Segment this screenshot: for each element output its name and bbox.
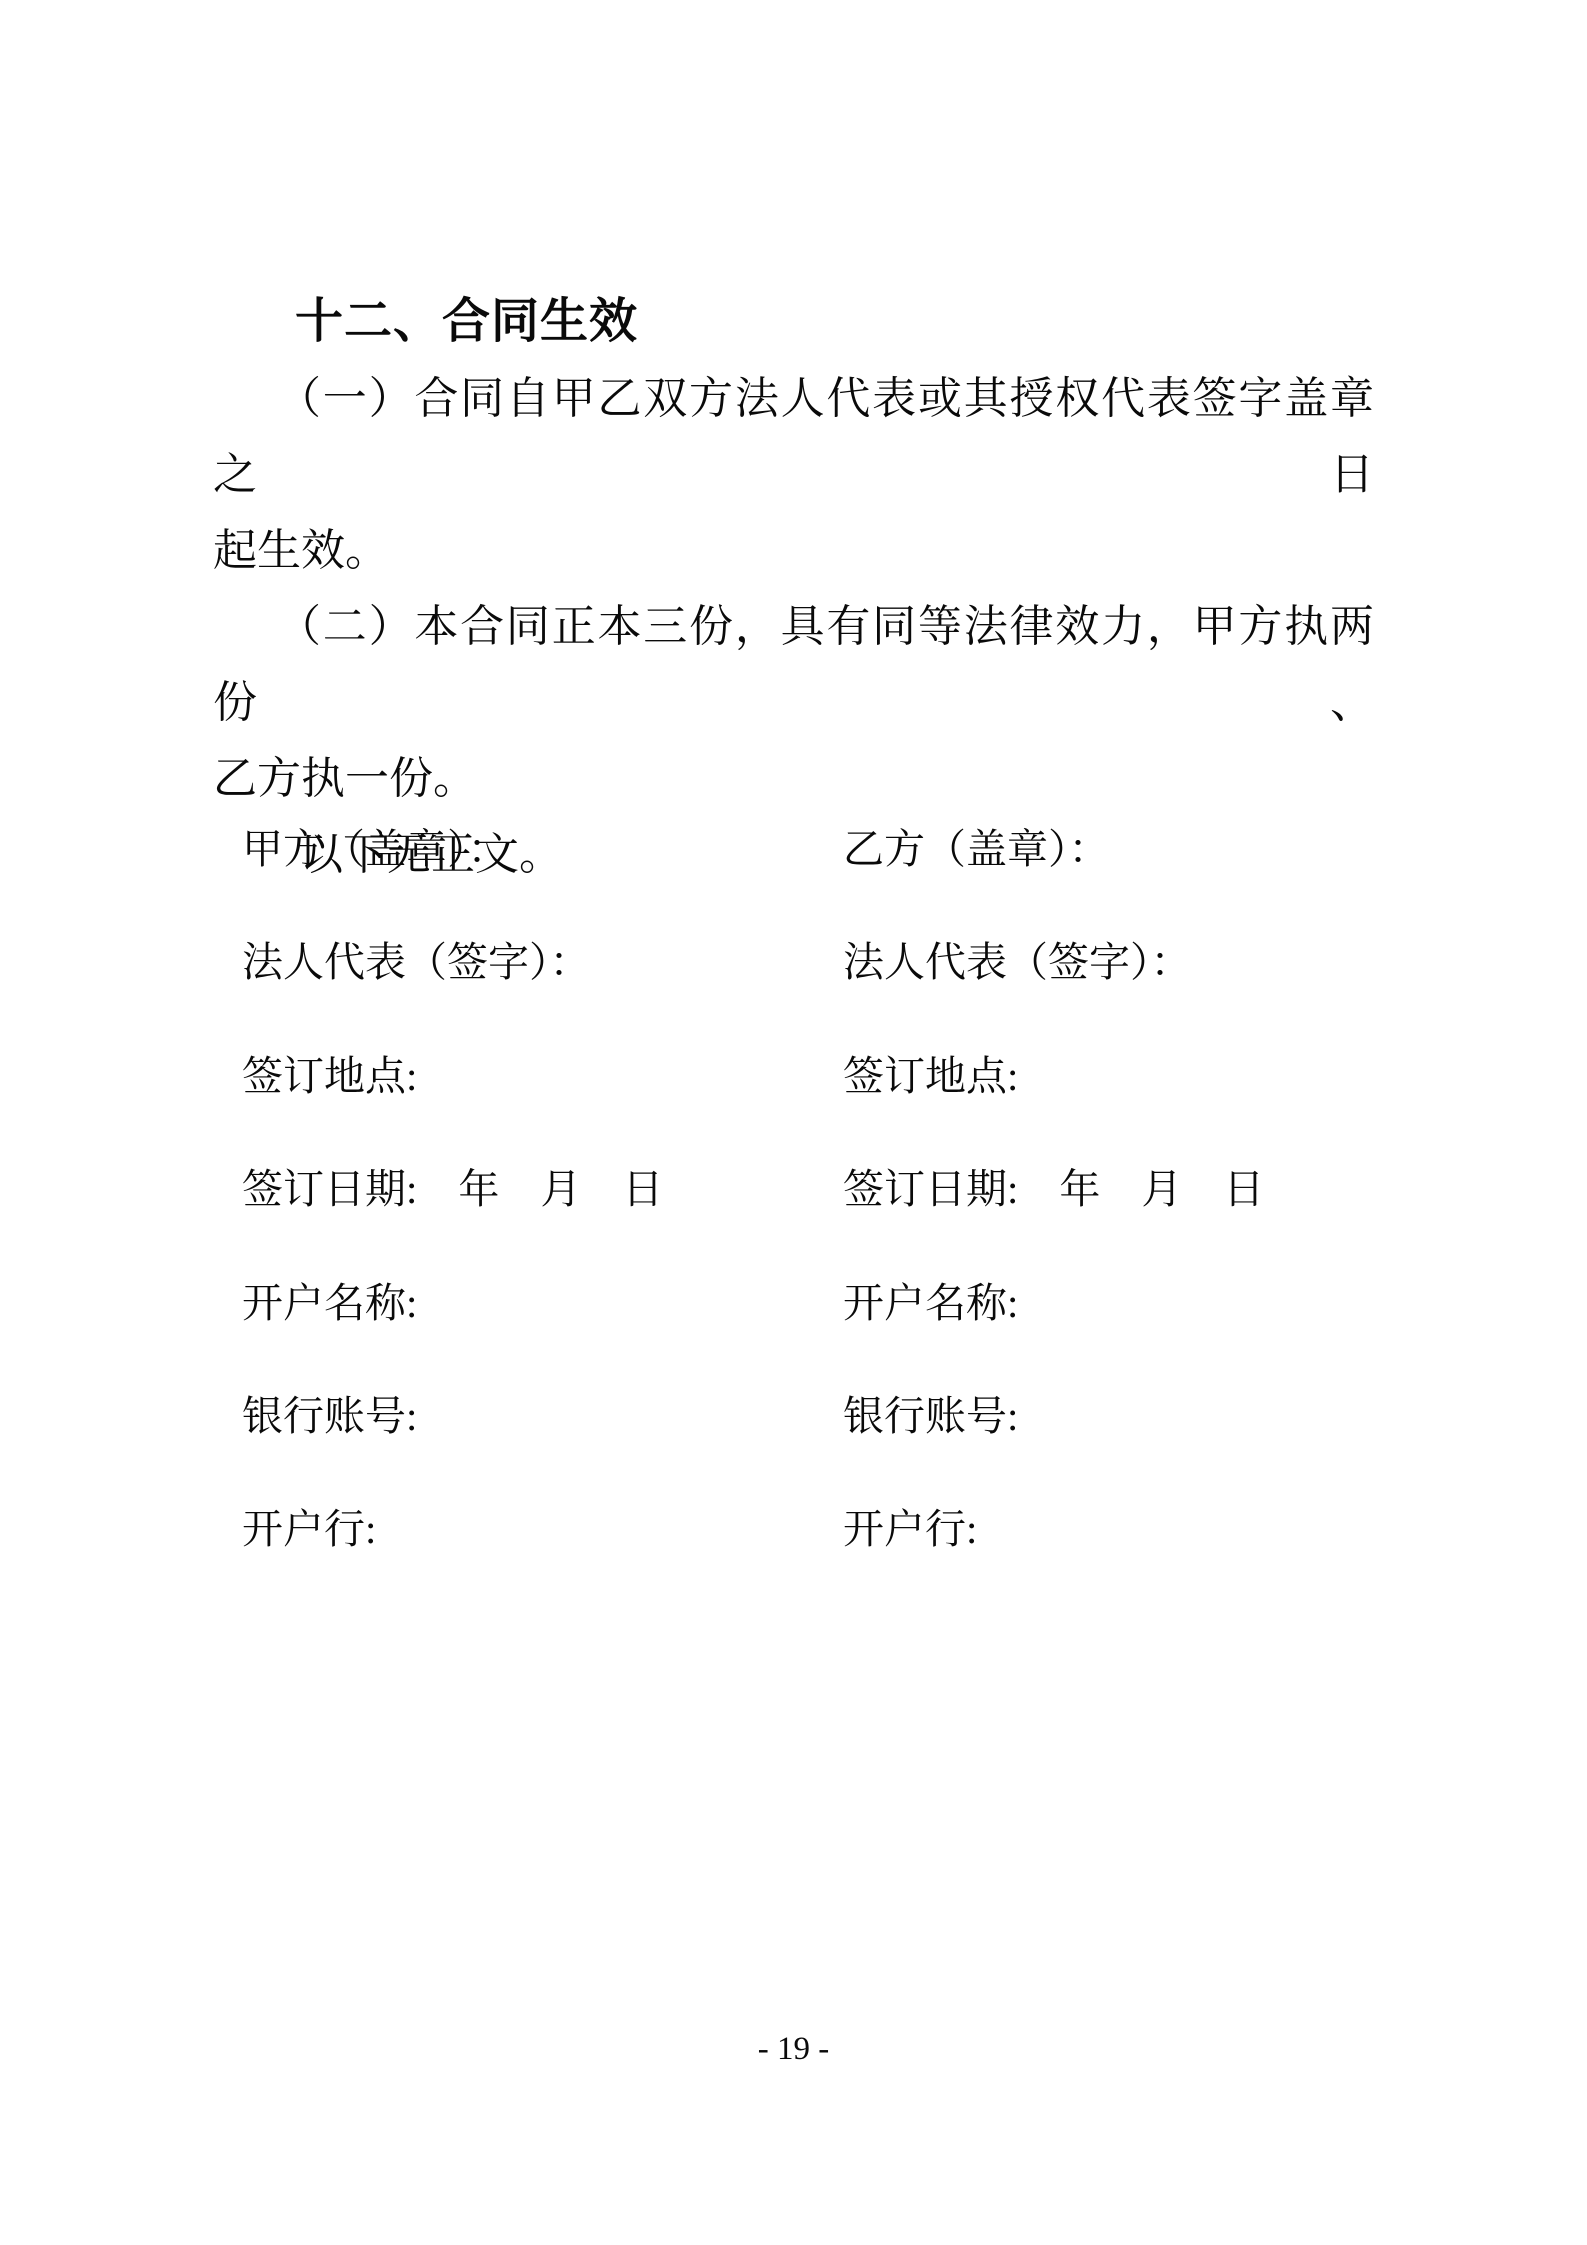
party-a-signing-place-label: 签订地点: — [242, 1052, 862, 1165]
party-b-signing-date-label: 签订日期: 年 月 日 — [843, 1165, 1463, 1278]
party-b-seal-label: 乙方（盖章）： — [843, 825, 1463, 938]
party-a-seal-label: 甲方（盖章）： — [242, 825, 862, 938]
party-b-representative-signature-label: 法人代表（签字）： — [843, 938, 1463, 1051]
party-a-bank-account-label: 银行账号: — [242, 1392, 862, 1505]
body-line: 乙方执一份。 — [213, 741, 1374, 817]
party-a-signature-column: 甲方（盖章）： 法人代表（签字）： 签订地点: 签订日期: 年 月 日 开户名称… — [242, 825, 862, 1619]
contract-page: 十二、合同生效 （一）合同自甲乙双方法人代表或其授权代表签字盖章之日 起生效。 … — [0, 0, 1587, 2245]
party-a-signing-date-label: 签订日期: 年 月 日 — [242, 1165, 862, 1278]
party-b-bank-branch-label: 开户行: — [843, 1505, 1463, 1618]
body-text: （一）合同自甲乙双方法人代表或其授权代表签字盖章之日 起生效。 （二）本合同正本… — [213, 361, 1374, 893]
party-a-account-name-label: 开户名称: — [242, 1279, 862, 1392]
party-b-account-name-label: 开户名称: — [843, 1279, 1463, 1392]
body-line: 起生效。 — [213, 513, 1374, 589]
party-b-signature-column: 乙方（盖章）： 法人代表（签字）： 签订地点: 签订日期: 年 月 日 开户名称… — [843, 825, 1463, 1619]
page-number: - 19 - — [0, 2030, 1587, 2068]
body-line: （二）本合同正本三份，具有同等法律效力，甲方执两份、 — [213, 589, 1374, 741]
party-b-signing-place-label: 签订地点: — [843, 1052, 1463, 1165]
body-line: （一）合同自甲乙双方法人代表或其授权代表签字盖章之日 — [213, 361, 1374, 513]
section-heading: 十二、合同生效 — [295, 294, 638, 350]
party-a-bank-branch-label: 开户行: — [242, 1505, 862, 1618]
party-b-bank-account-label: 银行账号: — [843, 1392, 1463, 1505]
party-a-representative-signature-label: 法人代表（签字）： — [242, 938, 862, 1051]
